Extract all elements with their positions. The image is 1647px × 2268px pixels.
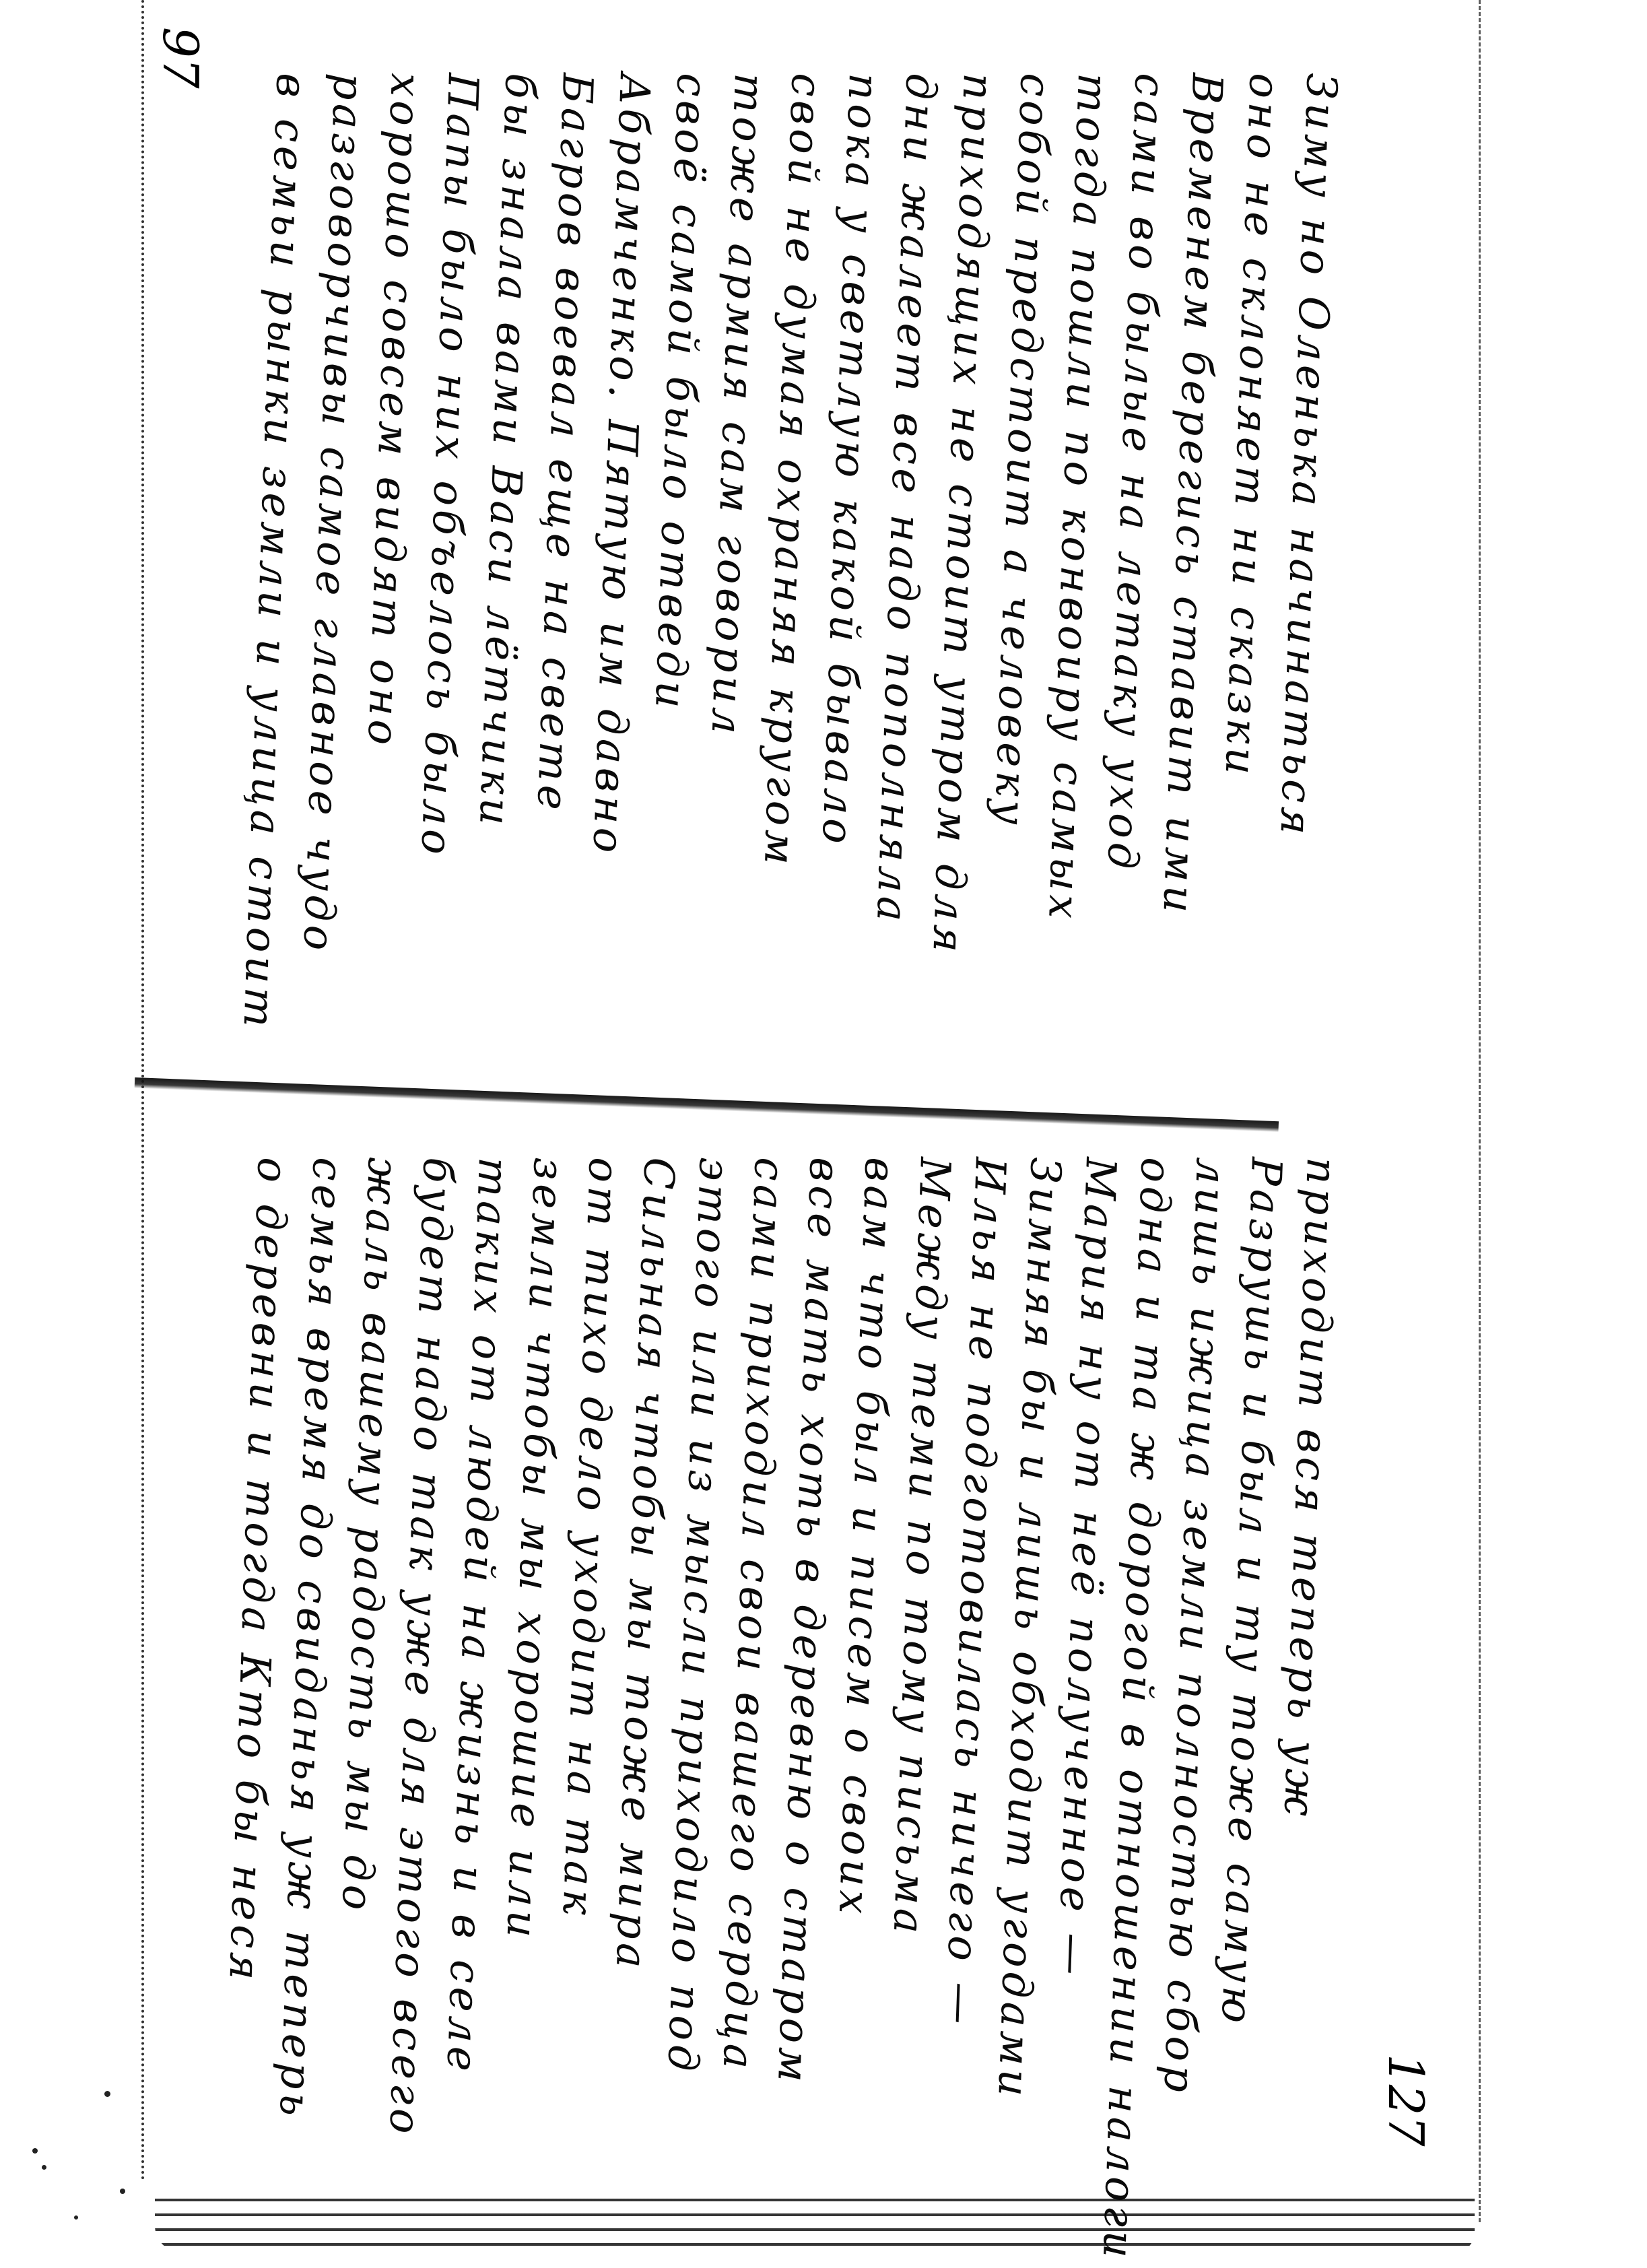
scan-speck — [74, 2215, 78, 2220]
scan-speck — [120, 2189, 125, 2194]
page-right-edge — [1479, 0, 1483, 2222]
upper-page: 97 Зиму но Оленька начинаться оно не скл… — [135, 0, 1475, 1071]
page-number-upper: 97 — [152, 27, 209, 89]
notebook-binding-edge — [155, 2192, 1475, 2253]
scan-speck — [32, 2148, 38, 2154]
scanned-notebook: 97 Зиму но Оленька начинаться оно не скл… — [0, 0, 1647, 2268]
scan-speck — [104, 2091, 110, 2097]
page-number-lower: 127 — [1378, 2054, 1434, 2146]
scan-speck — [42, 2165, 46, 2170]
lower-page: 127 приходит вся теперь уж Разрушь и был… — [135, 1098, 1475, 2189]
